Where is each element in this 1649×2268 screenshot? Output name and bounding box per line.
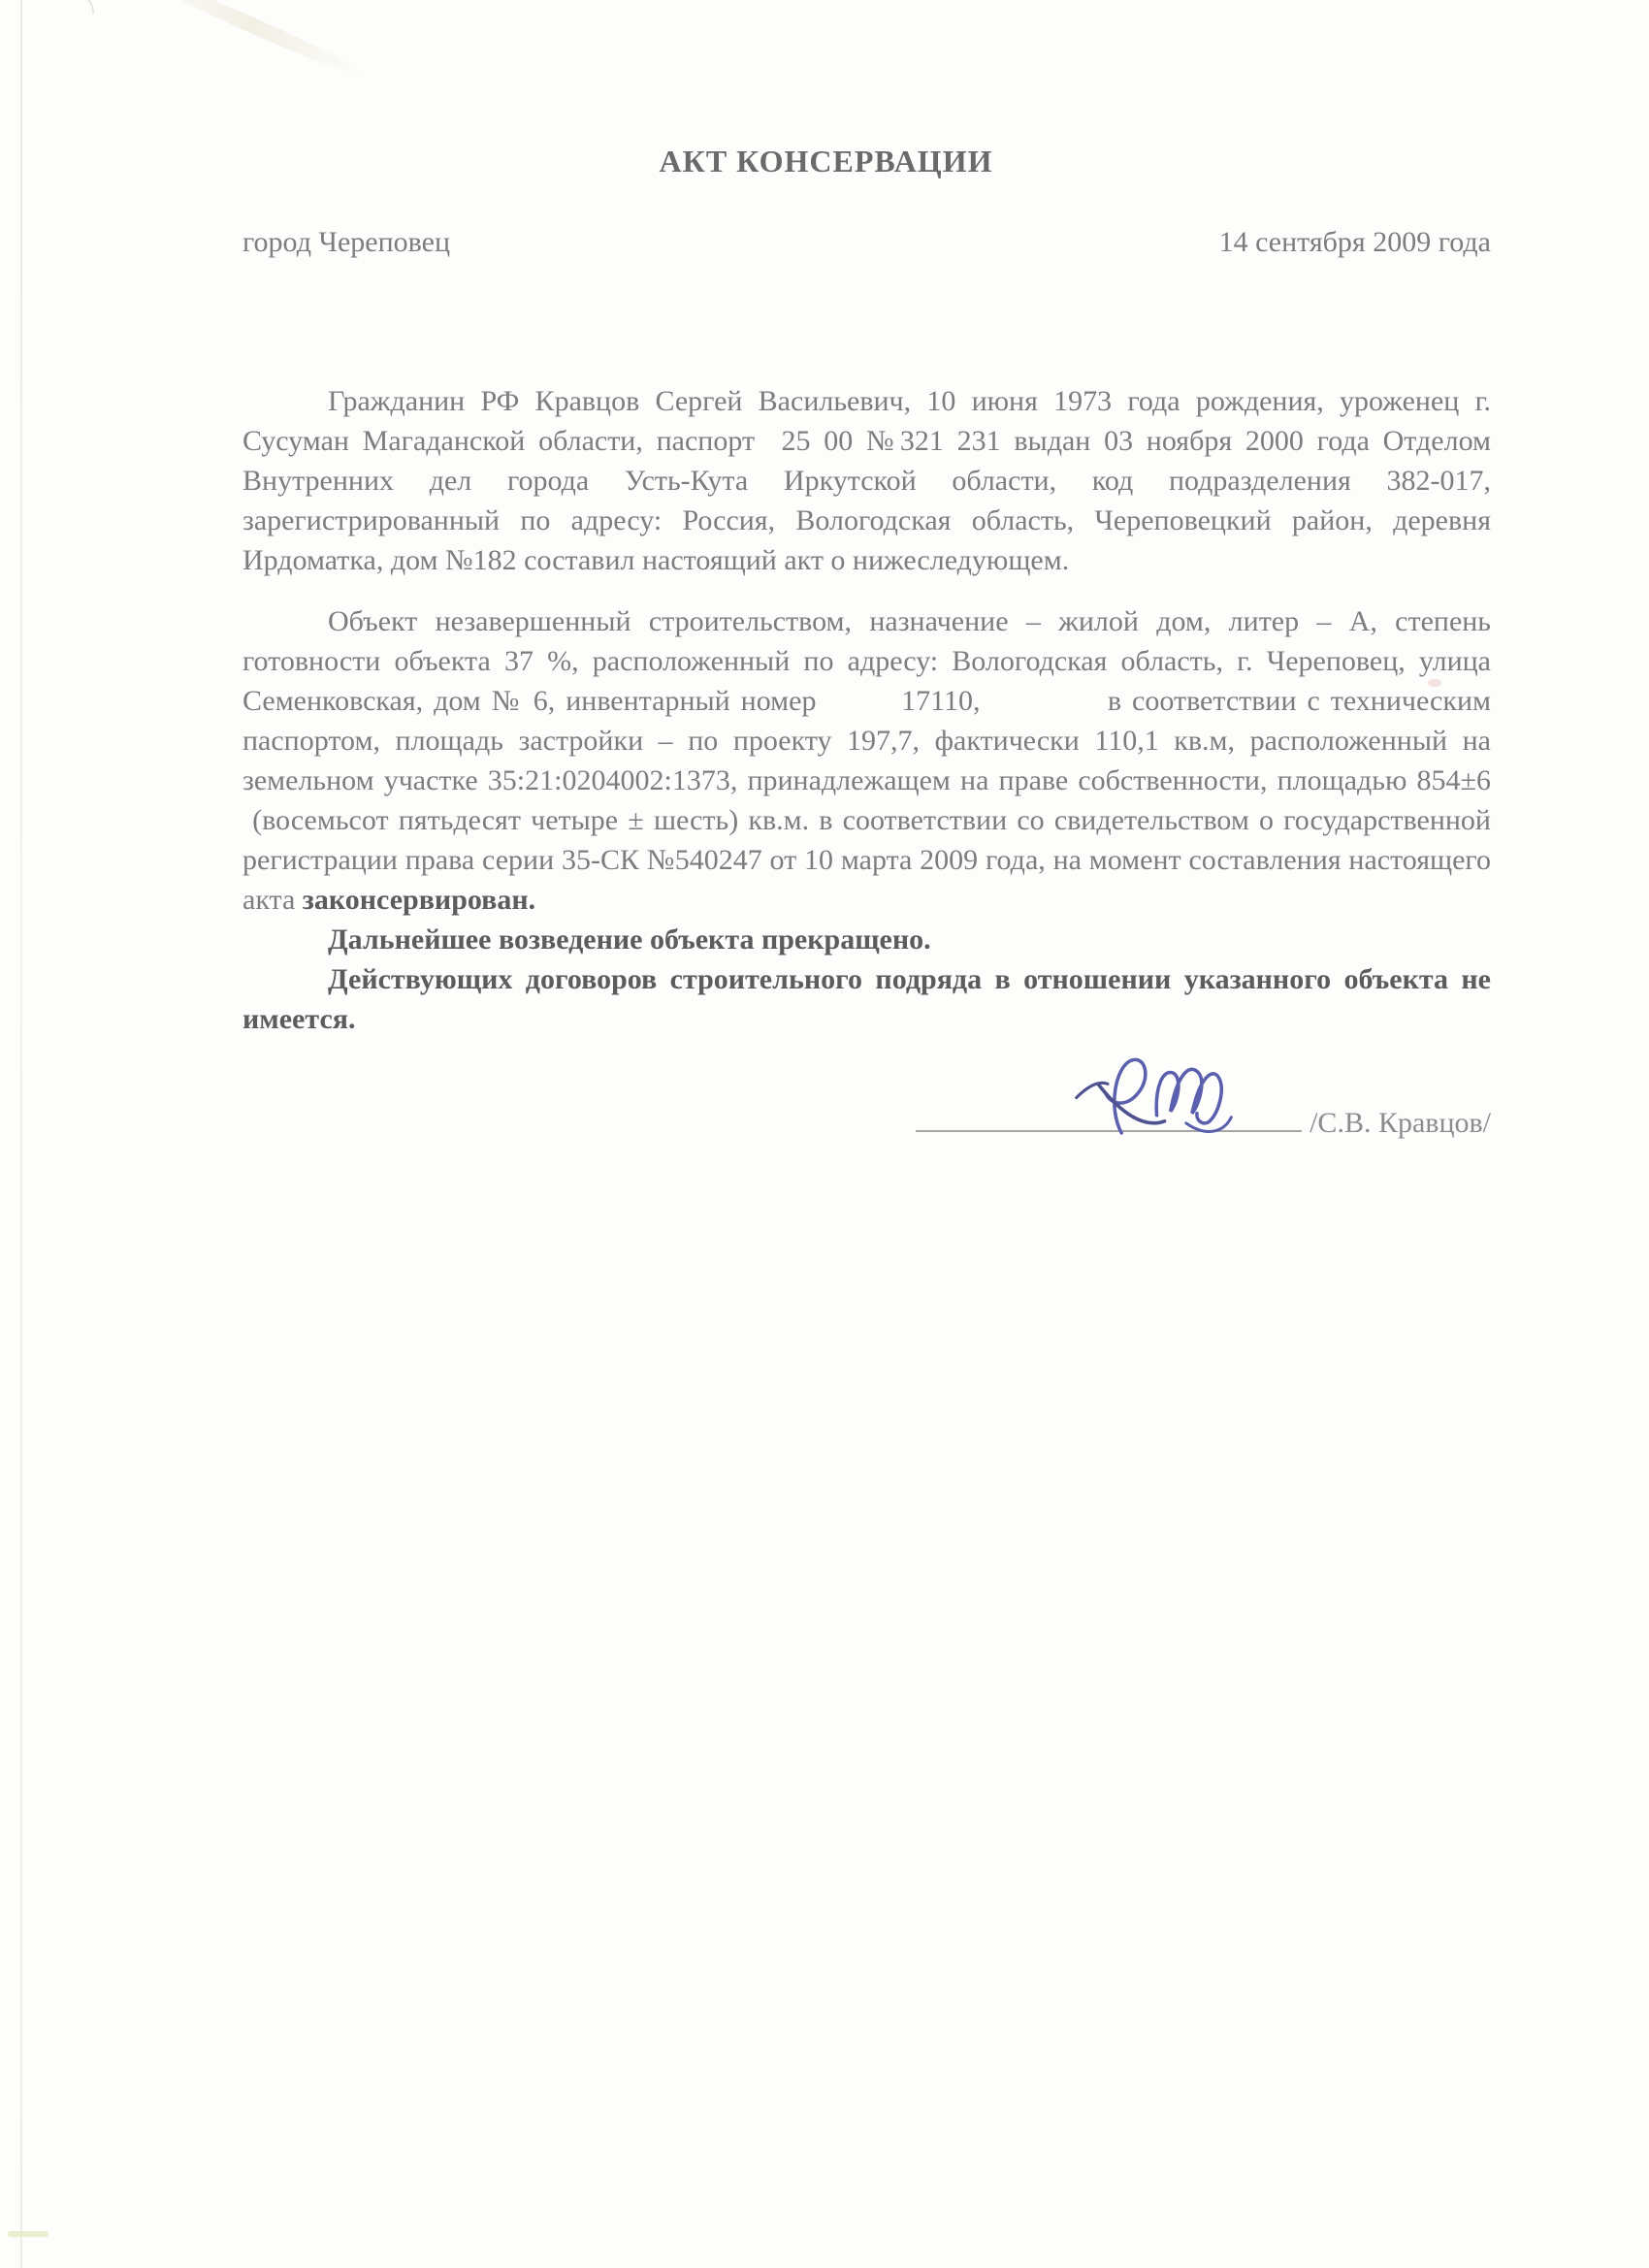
paragraph-object-bold-conclusion: законсервирован. [303, 884, 535, 916]
signature-block: /С.В. Кравцов/ [242, 1099, 1491, 1132]
paragraph-no-contracts: Действующих договоров строительного подр… [242, 959, 1491, 1039]
signature-scribble-icon [1069, 1047, 1239, 1140]
document-body: Гражданин РФ Кравцов Сергей Васильевич, … [242, 381, 1491, 1039]
document-city: город Череповец [242, 226, 450, 259]
document-content: АКТ КОНСЕРВАЦИИ город Череповец 14 сентя… [242, 144, 1491, 1132]
paragraph-object-text: Объект незавершенный строительством, наз… [242, 605, 1491, 916]
header-row: город Череповец 14 сентября 2009 года [242, 226, 1491, 259]
document-date: 14 сентября 2009 года [1219, 226, 1491, 259]
scan-bottom-mark-artifact [8, 2231, 48, 2237]
paragraph-object-description: Объект незавершенный строительством, наз… [242, 601, 1491, 920]
scanned-document-page: АКТ КОНСЕРВАЦИИ город Череповец 14 сентя… [0, 0, 1649, 2268]
signature-line [916, 1126, 1302, 1132]
scan-corner-curl-artifact [134, 0, 371, 83]
scan-corner-curl-artifact-2 [53, 0, 94, 14]
document-title: АКТ КОНСЕРВАЦИИ [202, 144, 1450, 179]
scan-edge-line-artifact [20, 0, 22, 2268]
signatory-name: /С.В. Кравцов/ [1309, 1107, 1491, 1140]
paragraph-citizen-info: Гражданин РФ Кравцов Сергей Васильевич, … [242, 381, 1491, 580]
paragraph-construction-stopped: Дальнейшее возведение объекта прекращено… [242, 920, 1491, 959]
